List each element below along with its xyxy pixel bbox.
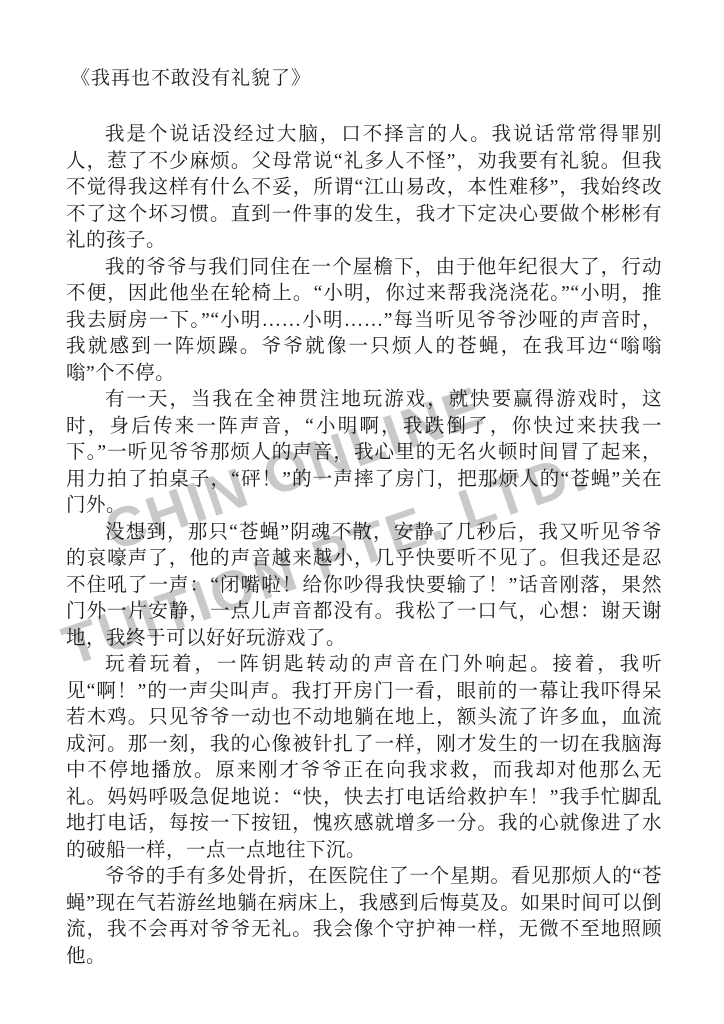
essay-paragraph: 我是个说话没经过大脑，口不择言的人。我说话常常得罪别人，惹了不少麻烦。父母常说“… (66, 122, 662, 255)
essay-paragraph: 爷爷的手有多处骨折，在医院住了一个星期。看见那烦人的“苍蝇”现在气若游丝地躺在病… (66, 864, 662, 970)
essay-title: 《我再也不敢没有礼貌了》 (71, 66, 662, 92)
essay-body: 我是个说话没经过大脑，口不择言的人。我说话常常得罪别人，惹了不少麻烦。父母常说“… (66, 122, 662, 970)
essay-paragraph: 有一天，当我在全神贯注地玩游戏，就快要赢得游戏时，这时，身后传来一阵声音，“小明… (66, 387, 662, 520)
essay-paragraph: 没想到，那只“苍蝇”阴魂不散，安静了几秒后，我又听见爷爷的哀嚎声了，他的声音越来… (66, 520, 662, 653)
document-page: CHIN ONLINE TUITION PTE. LTD. 《我再也不敢没有礼貌… (0, 0, 724, 1024)
essay-paragraph: 我的爷爷与我们同住在一个屋檐下，由于他年纪很大了，行动不便，因此他坐在轮椅上。“… (66, 255, 662, 388)
essay-paragraph: 玩着玩着，一阵钥匙转动的声音在门外响起。接着，我听见“啊！”的一声尖叫声。我打开… (66, 652, 662, 864)
essay-content: 《我再也不敢没有礼貌了》 我是个说话没经过大脑，口不择言的人。我说话常常得罪别人… (66, 66, 662, 970)
